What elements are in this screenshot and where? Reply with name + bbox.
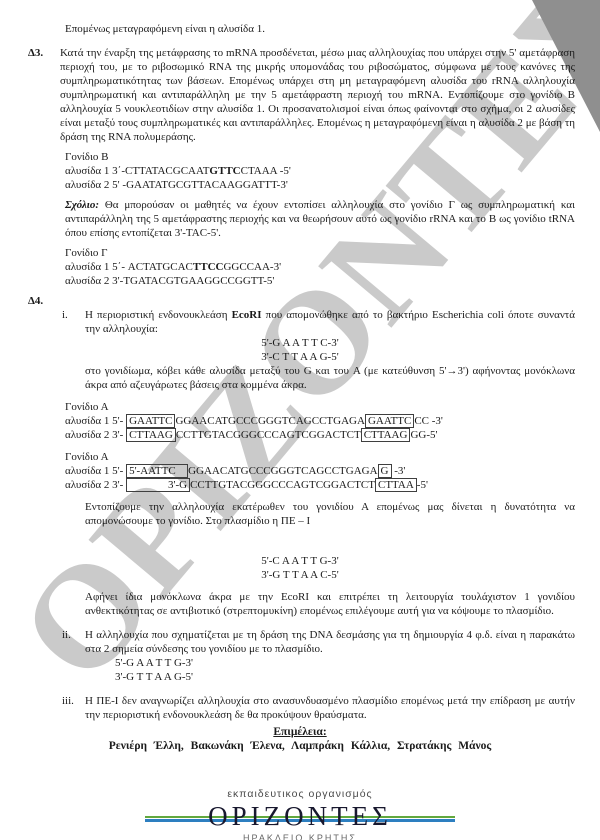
- gene-a-cut-s2-end: -5': [417, 479, 428, 491]
- document-page: Επομένως μεταγραφόμενη είναι η αλυσίδα 1…: [0, 0, 600, 722]
- gene-a-cut-strand2: αλυσίδα 2 3'- 3'-GCCTTGTACGGGCCCAGTCGGAC…: [65, 478, 600, 492]
- item-iii-index: iii.: [0, 694, 85, 722]
- item-iii-paragraph: Η ΠΕ-Ι δεν αναγνωρίζει αλληλουχία στο αν…: [85, 694, 575, 722]
- gene-a-uncut-s1-mid: GGAACATGCCCGGGTCAGCCTGAGA: [175, 415, 364, 427]
- gene-a-uncut-s1-end: CC -3': [414, 415, 443, 427]
- section-d4-label: Δ4.: [28, 294, 600, 308]
- comment-text: Θα μπορούσαν οι μαθητές να έχουν εντοπίσ…: [65, 199, 575, 239]
- plasmid-paragraph-2: Αφήνει ίδια μονόκλωνα άκρα με την EcoRI …: [85, 590, 575, 618]
- gene-a-cut-s1-end: -3': [392, 465, 406, 477]
- pe1-site-bottom: 3'-G T T A A C-5': [25, 568, 575, 582]
- gene-a-cut-s1-overhang: 5'-AATTC: [126, 464, 188, 478]
- item-i: i. Η περιοριστική ενδονουκλεάση EcoRI πο…: [0, 308, 600, 392]
- item-iii: iii. Η ΠΕ-Ι δεν αναγνωρίζει αλληλουχία σ…: [0, 694, 600, 722]
- ecori-site-bottom: 3'-C T T A A G-5': [25, 350, 575, 364]
- item-i-intro-pre: Η περιοριστική ενδονουκλεάση: [85, 309, 232, 321]
- gene-a-uncut-s2-mid: CCTTGTACGGGCCCAGTCGGACTCT: [176, 429, 361, 441]
- gene-c-strand2: αλυσίδα 2 3'-TGATACGTGAAGGCCGGTT-5': [65, 274, 600, 288]
- item-i-intro-bold: EcoRI: [232, 309, 262, 321]
- gene-c-strand1-post: GGCCAA-3': [223, 261, 281, 273]
- gene-a-uncut-block: Γονίδιο Α αλυσίδα 1 5'- GAATTCGGAACATGCC…: [65, 400, 600, 442]
- section-d3-label: Δ3.: [0, 46, 60, 144]
- gene-b-strand1-bold: GTTC: [209, 165, 240, 177]
- item-ii-paragraph: Η αλληλουχία που σχηματίζεται με τη δράσ…: [85, 628, 575, 656]
- gene-a-uncut-strand2: αλυσίδα 2 3'- CTTAAGCCTTGTACGGGCCCAGTCGG…: [65, 428, 600, 442]
- ligation-site: 5'-G A A T T G-3' 3'-G T T A A G-5': [115, 656, 575, 684]
- credits: Επιμέλεια: Ρενιέρη Έλλη, Βακωνάκη Έλενα,…: [0, 726, 600, 752]
- gene-c-strand1-bold: TTCC: [193, 261, 224, 273]
- gene-a-cut-title: Γονίδιο Α: [65, 450, 600, 464]
- gene-a-uncut-s2-label: αλυσίδα 2 3'-: [65, 429, 126, 441]
- orizontes-logo: εκπαιδευτικος οργανισμός ΟΡΙΖΟΝΤΕΣ ΗΡΑΚΛ…: [0, 788, 600, 840]
- plasmid-paragraph-1: Εντοπίζουμε την αλληλουχία εκατέρωθεν το…: [85, 500, 575, 528]
- item-ii: ii. Η αλληλουχία που σχηματίζεται με τη …: [0, 628, 600, 684]
- gene-a-cut-s1-end-base: G: [378, 464, 392, 478]
- logo-mark: ΟΡΙΖΟΝΤΕΣ: [145, 802, 455, 830]
- gene-c-title: Γονίδιο Γ: [65, 246, 600, 260]
- logo-wordmark: ΟΡΙΖΟΝΤΕΣ: [208, 801, 392, 831]
- ecori-site: 5'-G A A T T C-3' 3'-C T T A A G-5': [25, 336, 575, 364]
- gene-a-uncut-s2-site2: CTTAAG: [361, 428, 411, 442]
- logo-location: ΗΡΑΚΛΕΙΟ ΚΡΗΤΗΣ: [0, 833, 600, 840]
- gene-a-uncut-s1-site1: GAATTC: [126, 414, 175, 428]
- gene-a-uncut-s2-site1: CTTAAG: [126, 428, 176, 442]
- comment-label: Σχόλιο:: [65, 199, 99, 211]
- gene-a-uncut-title: Γονίδιο Α: [65, 400, 600, 414]
- gene-b-strand1: αλυσίδα 1 3΄-CTTATACGCAATGTTCCTAAA -5': [65, 164, 600, 178]
- gene-a-cut-s2-label: αλυσίδα 2 3'-: [65, 479, 126, 491]
- gene-a-cut-s2-mid: CCTTGTACGGGCCCAGTCGGACTCT: [190, 479, 375, 491]
- gene-a-uncut-strand1: αλυσίδα 1 5'- GAATTCGGAACATGCCCGGGTCAGCC…: [65, 414, 600, 428]
- gene-a-cut-strand1: αλυσίδα 1 5'- 5'-AATTCGGAACATGCCCGGGTCAG…: [65, 464, 600, 478]
- credits-title: Επιμέλεια:: [0, 726, 600, 738]
- gene-b-block: Γονίδιο Β αλυσίδα 1 3΄-CTTATACGCAATGTTCC…: [65, 150, 600, 192]
- item-i-intro: Η περιοριστική ενδονουκλεάση EcoRI που α…: [85, 308, 575, 336]
- gene-a-cut-s1-mid: GGAACATGCCCGGGTCAGCCTGAGA: [188, 465, 377, 477]
- comment-block: Σχόλιο: Θα μπορούσαν οι μαθητές να έχουν…: [65, 198, 575, 240]
- gene-b-title: Γονίδιο Β: [65, 150, 600, 164]
- credits-names: Ρενιέρη Έλλη, Βακωνάκη Έλενα, Λαμπράκη Κ…: [0, 740, 600, 752]
- gene-c-strand1: αλυσίδα 1 5΄- ACTATGCACTTCCGGCCAA-3': [65, 260, 600, 274]
- gene-a-uncut-s1-label: αλυσίδα 1 5'-: [65, 415, 126, 427]
- pe1-site: 5'-C A A T T G-3' 3'-G T T A A C-5': [25, 554, 575, 582]
- gene-a-uncut-s1-site2: GAATTC: [365, 414, 414, 428]
- section-d3-paragraph: Κατά την έναρξη της μετάφρασης το mRNA π…: [60, 46, 575, 144]
- gene-b-strand2: αλυσίδα 2 5' -GAATATGCGTTACAAGGATTT-3': [65, 178, 600, 192]
- gene-a-uncut-s2-end: GG-5': [410, 429, 437, 441]
- item-i-after: στο γονιδίωμα, κόβει κάθε αλυσίδα μεταξύ…: [85, 364, 575, 392]
- gene-a-cut-s2-start-base: 3'-G: [126, 478, 190, 492]
- pe1-site-top: 5'-C A A T T G-3': [25, 554, 575, 568]
- gene-c-block: Γονίδιο Γ αλυσίδα 1 5΄- ACTATGCACTTCCGGC…: [65, 246, 600, 288]
- ligation-site-bottom: 3'-G T T A A G-5': [115, 670, 575, 684]
- item-ii-index: ii.: [0, 628, 85, 684]
- gene-a-cut-s2-overhang: CTTAA: [375, 478, 417, 492]
- ligation-site-top: 5'-G A A T T G-3': [115, 656, 575, 670]
- gene-b-strand1-post: CTAAA -5': [241, 165, 291, 177]
- gene-a-cut-block: Γονίδιο Α αλυσίδα 1 5'- 5'-AATTCGGAACATG…: [65, 450, 600, 492]
- gene-a-cut-s1-label: αλυσίδα 1 5'-: [65, 465, 126, 477]
- logo-tagline: εκπαιδευτικος οργανισμός: [0, 788, 600, 800]
- gene-b-strand1-pre: αλυσίδα 1 3΄-CTTATACGCAAT: [65, 165, 209, 177]
- ecori-site-top: 5'-G A A T T C-3': [25, 336, 575, 350]
- gene-c-strand1-pre: αλυσίδα 1 5΄- ACTATGCAC: [65, 261, 193, 273]
- intro-conclusion-line: Επομένως μεταγραφόμενη είναι η αλυσίδα 1…: [65, 22, 600, 36]
- section-d3: Δ3. Κατά την έναρξη της μετάφρασης το mR…: [0, 46, 600, 144]
